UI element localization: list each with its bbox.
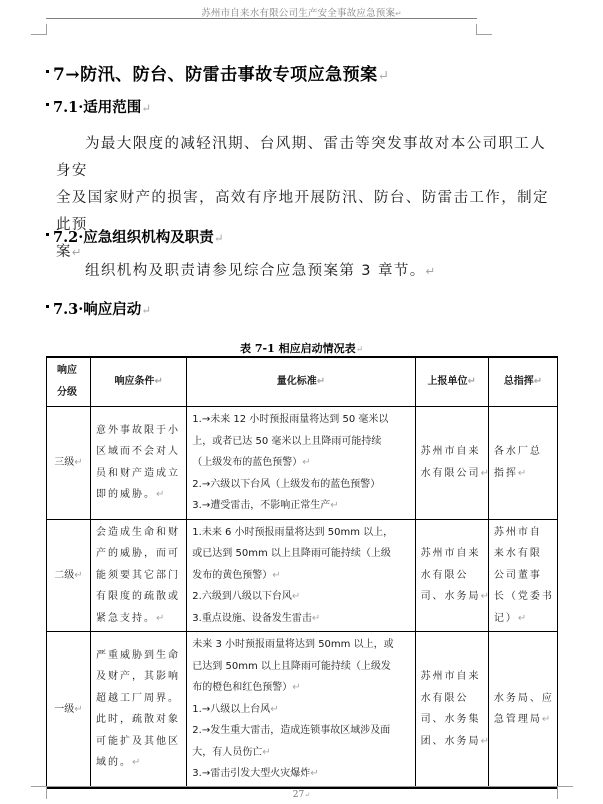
report-unit-cell: 苏州市自来 水有限公 司、水务局↵: [415, 519, 488, 632]
table-header-row: 响应分级 响应条件↵ 量化标准↵ 上报单位↵ 总指挥↵: [47, 357, 558, 407]
table-row: 三级↵ 意外事故限于小 区域而不会对人 员和财产造成立 即的威胁。↵ 1.→未来…: [47, 407, 558, 520]
table-row: 二级↵ 会造成生命和财 产的威胁，而可 能须要其它部门 有限度的疏散或 紧急支持…: [47, 519, 558, 632]
page-number-text: 27: [293, 790, 304, 800]
condition-cell: 意外事故限于小 区域而不会对人 员和财产造成立 即的威胁。↵: [90, 407, 186, 520]
paragraph-line: 为最大限度的减轻汛期、台风期、雷击等突发事故对本公司职工人身安: [56, 131, 561, 185]
paragraph-mark-icon: ↵: [141, 303, 151, 317]
crop-mark-top-right: [476, 24, 492, 35]
heading-text: 7.1·适用范围: [53, 99, 141, 116]
paragraph-mark-icon: ↵: [304, 790, 310, 799]
page-number: 27↵: [0, 790, 603, 800]
header-criteria: 量化标准↵: [187, 357, 415, 407]
level-cell: 二级↵: [47, 519, 91, 632]
table-caption: 表 7-1 相应启动情况表↵: [0, 340, 603, 356]
commander-cell: 水务局、应 急管理局↵: [488, 632, 557, 788]
commander-cell: 各水厂总 指挥↵: [488, 407, 557, 520]
section-heading-7-1: 7.1·适用范围↵: [46, 96, 151, 117]
condition-cell: 严重威胁到生命 及财产，其影响 超越工厂周界。 此时，疏散对象 可能扩及其他区 …: [90, 632, 186, 788]
section-heading-7-3: 7.3·响应启动↵: [46, 298, 151, 319]
header-condition: 响应条件↵: [90, 357, 186, 407]
level-cell: 三级↵: [47, 407, 91, 520]
report-unit-cell: 苏州市自来 水有限公司↵: [415, 407, 488, 520]
header-level: 响应分级: [47, 357, 91, 407]
paragraph-mark-icon: ↵: [426, 264, 437, 278]
footer-rule: [46, 786, 557, 787]
section-heading-7-2: 7.2·应急组织机构及职责↵: [46, 226, 224, 247]
paragraph-mark-icon: ↵: [141, 101, 151, 115]
header-rule: [46, 18, 477, 19]
section-heading-7: 7→防汛、防台、防雷击事故专项应急预案↵: [46, 60, 389, 85]
crop-mark-top-left: [31, 24, 47, 35]
paragraph-mark-icon: ↵: [378, 68, 390, 84]
commander-cell: 苏州市自 来水有限 公司董事 长（党委书 记）↵: [488, 519, 557, 632]
level-cell: 一级↵: [47, 632, 91, 788]
paragraph-mark-icon: ↵: [72, 245, 83, 259]
heading-text: 7.3·响应启动: [53, 301, 141, 318]
heading-bullet-icon: [46, 103, 49, 106]
header-report-unit: 上报单位↵: [415, 357, 488, 407]
paragraph-mark-icon: ↵: [395, 9, 402, 18]
paragraph-mark-icon: ↵: [356, 345, 363, 355]
paragraph-mark-icon: ↵: [214, 231, 224, 245]
caption-text: 表 7-1 相应启动情况表: [240, 342, 356, 355]
heading-text: 7.2·应急组织机构及职责: [53, 229, 214, 246]
criteria-cell: 1.→未来 12 小时预报雨量将达到 50 毫米以 上，或者已达 50 毫米以上…: [187, 407, 415, 520]
condition-cell: 会造成生命和财 产的威胁，而可 能须要其它部门 有限度的疏散或 紧急支持。↵: [90, 519, 186, 632]
heading-bullet-icon: [46, 70, 49, 73]
criteria-cell: 未来 3 小时预报雨量将达到 50mm 以上，或 已达到 50mm 以上且降雨可…: [187, 632, 415, 788]
header-commander: 总指挥↵: [488, 357, 557, 407]
org-paragraph: 组织机构及职责请参见综合应急预案第 3 章节。↵: [56, 258, 561, 285]
criteria-cell: 1.未来 6 小时预报雨量将达到 50mm 以上， 或已达到 50mm 以上且降…: [187, 519, 415, 632]
report-unit-cell: 苏州市自来 水有限公 司、水务集 团、水务局↵: [415, 632, 488, 788]
paragraph-text: 组织机构及职责请参见综合应急预案第 3 章节。: [85, 263, 426, 279]
heading-text: 7→防汛、防台、防雷击事故专项应急预案: [53, 65, 378, 85]
heading-bullet-icon: [46, 305, 49, 308]
heading-bullet-icon: [46, 233, 49, 236]
page-header: 苏州市自来水有限公司生产安全事故应急预案↵: [0, 5, 603, 19]
table-row: 一级↵ 严重威胁到生命 及财产，其影响 超越工厂周界。 此时，疏散对象 可能扩及…: [47, 632, 558, 788]
response-table: 响应分级 响应条件↵ 量化标准↵ 上报单位↵ 总指挥↵ 三级↵ 意外事故限于小 …: [46, 356, 558, 789]
